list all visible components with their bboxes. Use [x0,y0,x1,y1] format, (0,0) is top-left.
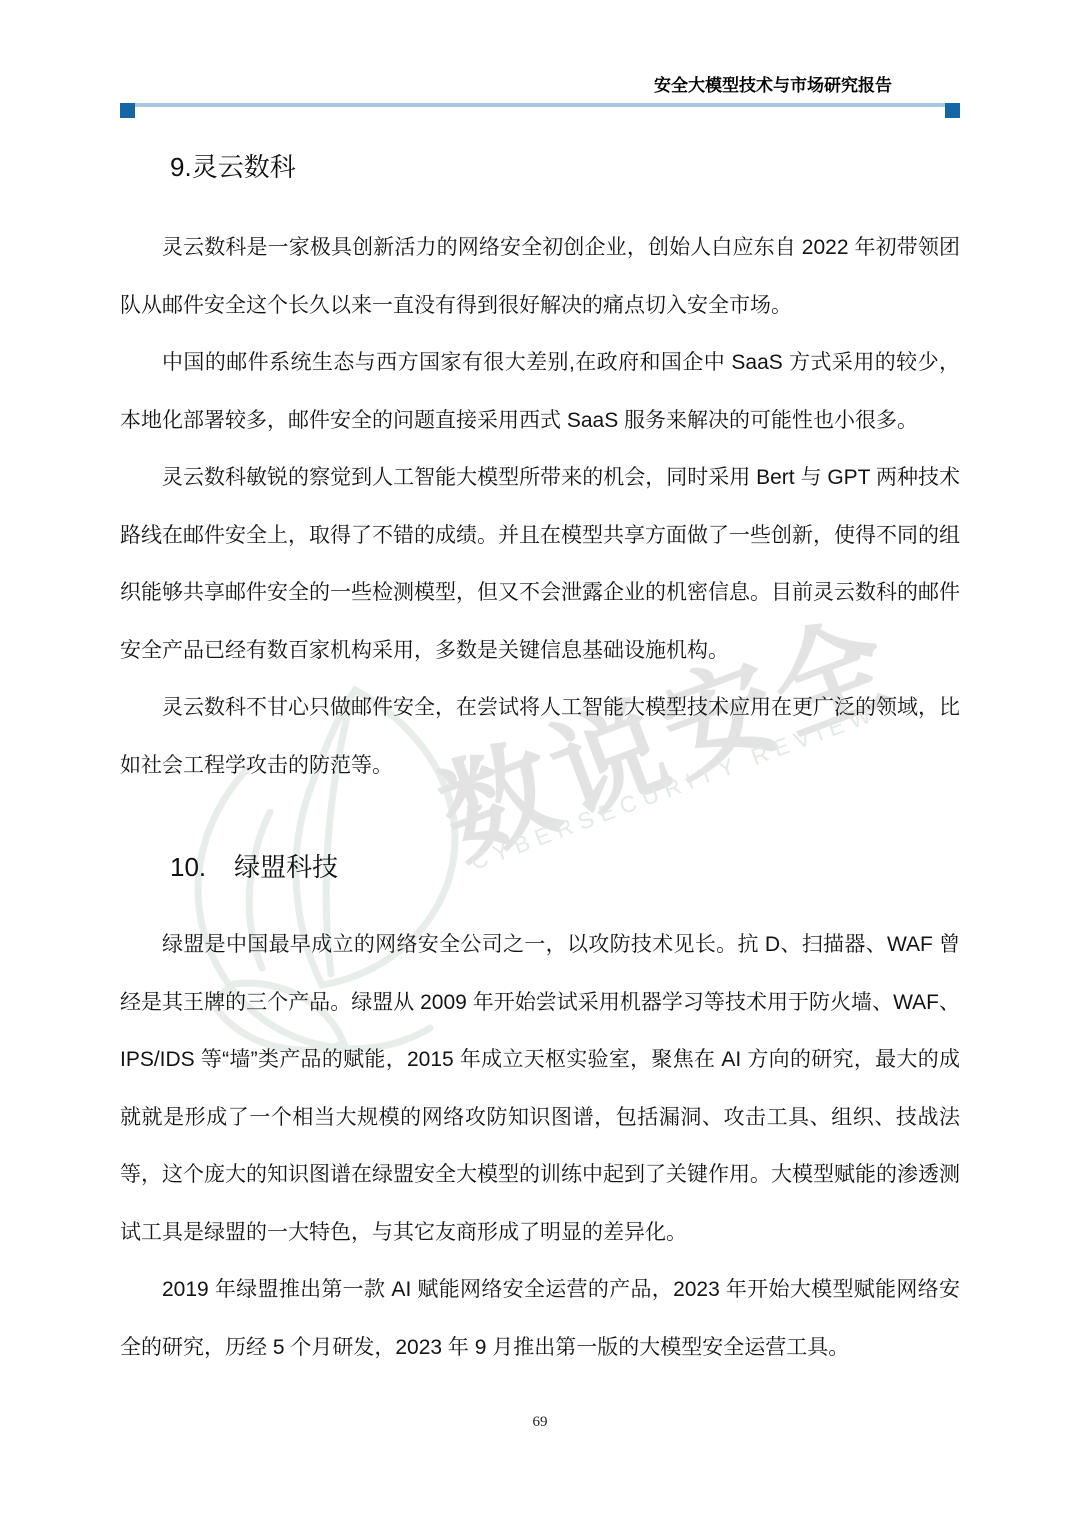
paragraph: 绿盟是中国最早成立的网络安全公司之一，以攻防技术见长。抗 D、扫描器、WAF 曾… [120,916,960,1261]
paragraph: 中国的邮件系统生态与西方国家有很大差别,在政府和国企中 SaaS 方式采用的较少… [120,334,960,449]
header-title: 安全大模型技术与市场研究报告 [120,0,960,96]
section-number: 10. [170,852,206,882]
page-number: 69 [533,1414,548,1430]
section-title: 灵云数科 [192,152,296,182]
header-rule [120,103,960,118]
paragraph: 灵云数科不甘心只做邮件安全，在尝试将人工智能大模型技术应用在更广泛的领域，比如社… [120,679,960,794]
section-title: 绿盟科技 [234,852,338,882]
page-content: 安全大模型技术与市场研究报告 9.灵云数科 灵云数科是一家极具创新活力的网络安全… [120,0,960,1432]
paragraph: 灵云数科是一家极具创新活力的网络安全初创企业，创始人白应东自 2022 年初带领… [120,219,960,334]
section-heading-10: 10.绿盟科技 [120,850,960,884]
page-footer: 69 [120,1412,960,1432]
header-accent-square-right [945,103,960,118]
document-page: 数说安全 CYBERSECURITY REVIEW 安全大模型技术与市场研究报告… [0,0,1080,1527]
paragraph: 2019 年绿盟推出第一款 AI 赋能网络安全运营的产品，2023 年开始大模型… [120,1261,960,1376]
section-heading-9: 9.灵云数科 [120,150,960,184]
header-rule-line [120,103,960,107]
section-number: 9. [170,152,192,182]
paragraph: 灵云数科敏锐的察觉到人工智能大模型所带来的机会，同时采用 Bert 与 GPT … [120,449,960,679]
header-accent-square-left [120,103,135,118]
